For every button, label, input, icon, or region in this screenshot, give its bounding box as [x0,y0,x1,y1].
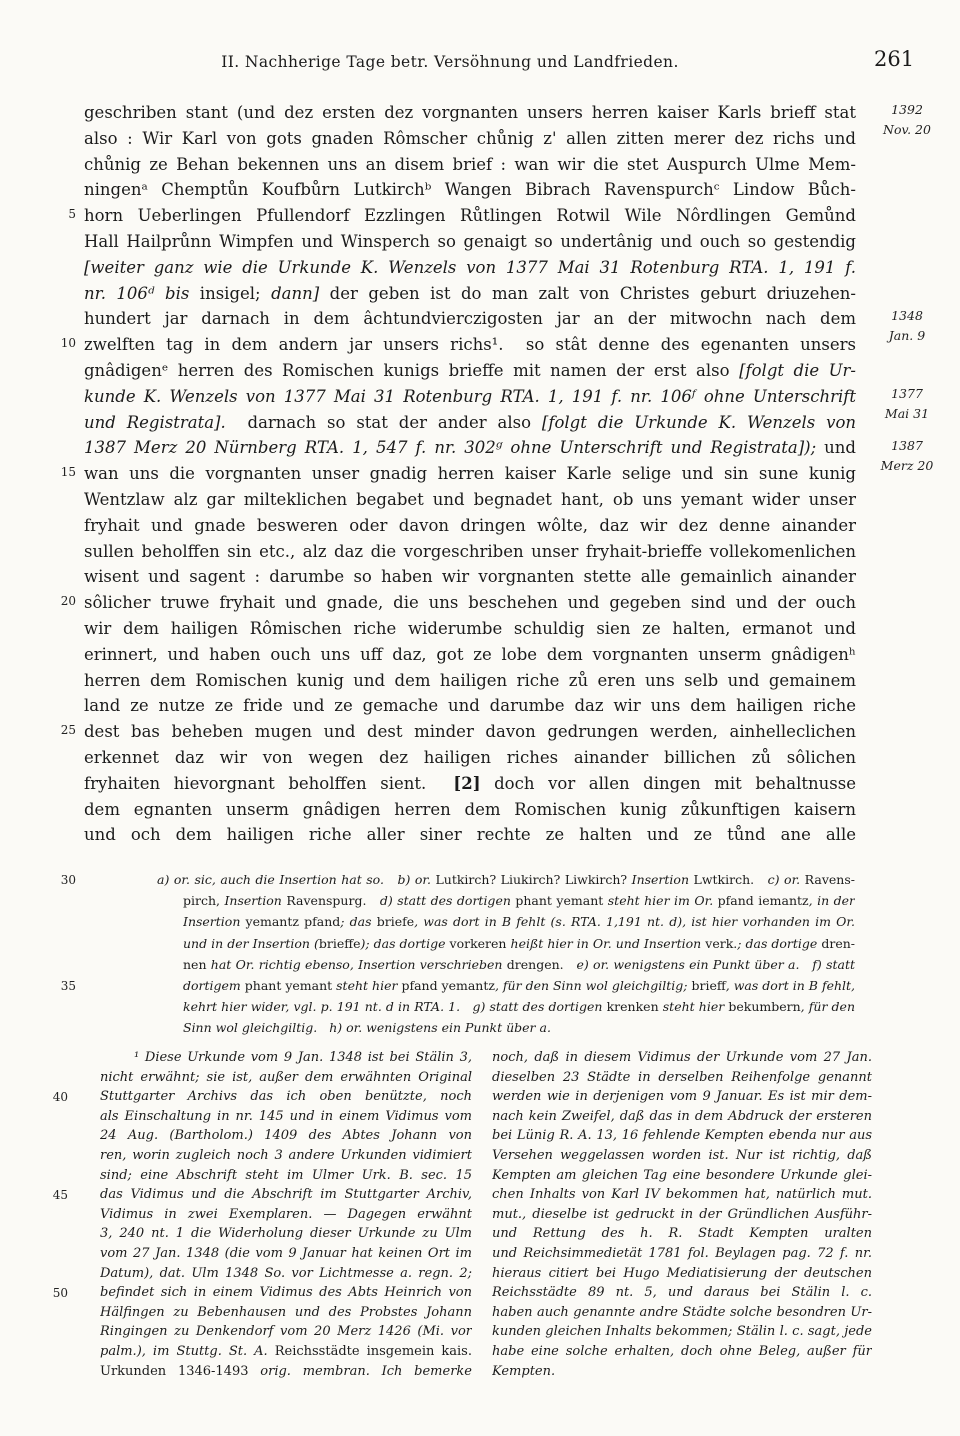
text-line: haben auch genannte andre Städte solche … [492,1303,872,1323]
page-number: 261 [874,47,914,71]
text-line: dieselben 23 Städte in derselben Reihenf… [492,1068,872,1088]
margin-date-day: Nov. 20 [858,120,956,140]
line-number: 45 [36,1188,68,1202]
margin-date-year: 1377 [858,384,956,404]
text-line: Kempten am gleichen Tag eine besondere U… [492,1166,872,1186]
running-header: II. Nachherige Tage betr. Versöhnung und… [60,53,840,71]
text-line: das Vidimus und die Abschrift im Stuttga… [100,1185,472,1205]
text-line: kehrt hier wider, vgl. p. 191 nt. d in R… [183,996,855,1017]
line-number: 25 [44,723,76,737]
text-line: fryhaiten hievorgnant beholffen sient. [… [84,771,856,797]
text-line: kunde K. Wenzels von 1377 Mai 31 Rotenbu… [84,384,856,410]
text-line: Hälfingen zu Bebenhausen und des Probste… [100,1303,472,1323]
text-line: 24 Aug. (Bartholom.) 1409 des Abtes Joha… [100,1126,472,1146]
text-line: nicht erwähnt; sie ist, außer dem erwähn… [100,1068,472,1088]
margin-date-year: 1387 [858,436,956,456]
text-line: 3, 240 nt. 1 die Widerholung dieser Urku… [100,1224,472,1244]
book-page: II. Nachherige Tage betr. Versöhnung und… [0,0,960,1436]
line-number: 15 [44,465,76,479]
text-line: habe eine solche erhalten, doch ohne Bel… [492,1342,872,1362]
text-line: fryhait und gnade besweren oder davon dr… [84,513,856,539]
line-number: 30 [44,873,76,887]
margin-date-year: 1392 [858,100,956,120]
line-number: 35 [44,979,76,993]
text-line: ren, worin zugleich noch 3 andere Urkund… [100,1146,472,1166]
text-line: bei Lünig R. A. 13, 16 fehlende Kempten … [492,1126,872,1146]
text-line: sôlicher truwe fryhait und gnade, die un… [84,590,856,616]
text-line: befindet sich in einem Vidimus des Abts … [100,1283,472,1303]
text-line: Reichsstädte 89 nt. 5, und daraus bei St… [492,1283,872,1303]
line-number: 50 [36,1286,68,1300]
margin-date-day: Merz 20 [858,456,956,476]
text-line: wan uns die vorgnanten unser gnadig herr… [84,461,856,487]
text-line: Versehen weggelassen worden ist. Nur ist… [492,1146,872,1166]
text-line: also : Wir Karl von gots gnaden Rômscher… [84,126,856,152]
margin-date-day: Mai 31 [858,404,956,424]
text-line: Hall Hailprůnn Wimpfen und Winsperch so … [84,229,856,255]
text-line: chen Inhalts von Karl IV bekommen hat, n… [492,1185,872,1205]
text-line: [weiter ganz wie die Urkunde K. Wenzels … [84,255,856,281]
text-line: ¹ Diese Urkunde vom 9 Jan. 1348 ist bei … [100,1048,472,1068]
text-line: herren dem Romischen kunig und dem haili… [84,668,856,694]
text-line: a) or. sic, auch die Insertion hat so. b… [157,869,855,890]
text-line: palm.), im Stuttg. St. A. Reichsstädte i… [100,1342,472,1362]
line-number: 5 [44,207,76,221]
text-line: gnâdigenᵉ herren des Romischen kunigs br… [84,358,856,384]
margin-date: 1387 Merz 20 [858,436,956,476]
text-line: nach kein Zweifel, daß das in dem Abdruc… [492,1107,872,1127]
text-line: hundert jar darnach in dem âchtundviercz… [84,306,856,332]
text-line: wisent und sagent : darumbe so haben wir… [84,564,856,590]
text-line: dortigem phant yemant steht hier pfand y… [183,975,855,996]
margin-date: 1377 Mai 31 [858,384,956,424]
margin-date-day: Jan. 9 [858,326,956,346]
text-line: kunden gleichen Inhalts bekommen; Stälin… [492,1322,872,1342]
line-number: 10 [44,336,76,350]
text-line: chůnig ze Behan bekennen uns an disem br… [84,152,856,178]
text-line: pirch, Insertion Ravenspurg. d) statt de… [183,890,855,911]
margin-date: 1392 Nov. 20 [858,100,956,140]
text-line: und Rettung des h. R. Stadt Kempten ural… [492,1224,872,1244]
main-text-block: geschriben stant (und dez ersten dez vor… [84,100,856,848]
text-line: hieraus citiert bei Hugo Mediatisierung … [492,1264,872,1284]
text-line: erinnert, und haben ouch uns uff daz, go… [84,642,856,668]
text-line: land ze nutze ze fride und ze gemache un… [84,693,856,719]
text-line: vom 27 Jan. 1348 (die vom 9 Januar hat k… [100,1244,472,1264]
margin-date: 1348 Jan. 9 [858,306,956,346]
text-line: sind; eine Abschrift steht im Ulmer Urk.… [100,1166,472,1186]
line-number: 40 [36,1090,68,1104]
footnote-column-left: ¹ Diese Urkunde vom 9 Jan. 1348 ist bei … [100,1048,472,1381]
text-line: als Einschaltung in nr. 145 und in einem… [100,1107,472,1127]
text-line: erkennet daz wir von wegen dez hailigen … [84,745,856,771]
text-line: wir dem hailigen Rômischen riche widerum… [84,616,856,642]
text-line: noch, daß in diesem Vidimus der Urkunde … [492,1048,872,1068]
text-line: mut., dieselbe ist gedruckt in der Gründ… [492,1205,872,1225]
footnote-column-right: noch, daß in diesem Vidimus der Urkunde … [492,1048,872,1381]
text-line: ningenᵃ Chemptůn Koufbůrn Lutkirchᵇ Wang… [84,177,856,203]
text-line: und in der Insertion (brieffe); das dort… [183,933,855,954]
text-line: zwelften tag in dem andern jar unsers ri… [84,332,856,358]
text-line: Urkunden 1346-1493 orig. membran. Ich be… [100,1362,472,1382]
margin-date-year: 1348 [858,306,956,326]
text-line: und och dem hailigen riche aller siner r… [84,822,856,848]
text-line: Wentzlaw alz gar milteklichen begabet un… [84,487,856,513]
text-line: Ringingen zu Denkendorf vom 20 Merz 1426… [100,1322,472,1342]
text-line: 1387 Merz 20 Nürnberg RTA. 1, 547 f. nr.… [84,435,856,461]
text-line: nr. 106ᵈ bis insigel; dann] der geben is… [84,281,856,307]
text-line: Kempten. [492,1362,872,1382]
apparatus-notes-block: a) or. sic, auch die Insertion hat so. b… [183,869,855,1039]
text-line: geschriben stant (und dez ersten dez vor… [84,100,856,126]
text-line: sullen beholffen sin etc., alz daz die v… [84,539,856,565]
text-line: und Reichsimmedietät 1781 fol. Beylagen … [492,1244,872,1264]
text-line: horn Ueberlingen Pfullendorf Ezzlingen R… [84,203,856,229]
text-line: Vidimus in zwei Exemplaren. — Dagegen er… [100,1205,472,1225]
line-number: 20 [44,594,76,608]
text-line: nen hat Or. richtig ebenso, Insertion ve… [183,954,855,975]
text-line: Insertion yemantz pfand; das briefe, was… [183,911,855,932]
text-line: dem egnanten unserm gnâdigen herren dem … [84,797,856,823]
text-line: Datum), dat. Ulm 1348 So. vor Lichtmesse… [100,1264,472,1284]
text-line: Sinn wol gleichgiltig. h) or. wenigstens… [183,1017,855,1038]
text-line: dest bas beheben mugen und dest minder d… [84,719,856,745]
text-line: und Registrata]. darnach so stat der and… [84,410,856,436]
text-line: werden wie in derjenigen vom 9 Januar. E… [492,1087,872,1107]
text-line: Stuttgarter Archivs das ich oben benützt… [100,1087,472,1107]
